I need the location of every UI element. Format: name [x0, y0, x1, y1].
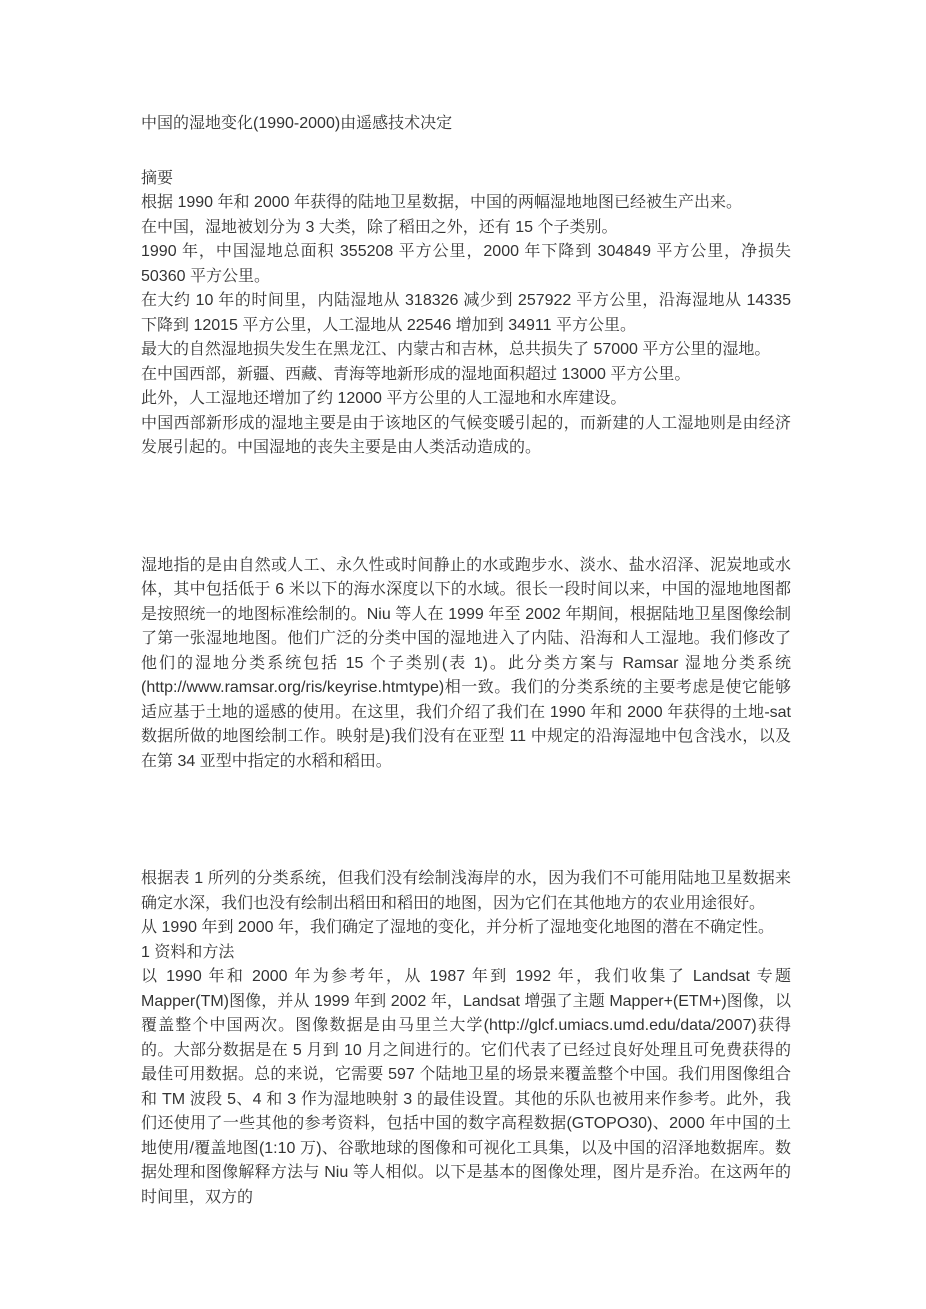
- blank-space: [141, 774, 791, 867]
- document-title: 中国的湿地变化(1990-2000)由遥感技术决定: [141, 112, 791, 137]
- intro-paragraph: 湿地指的是由自然或人工、永久性或时间静止的水或跑步水、淡水、盐水沼泽、泥炭地或水…: [141, 554, 791, 775]
- blank-space: [141, 137, 791, 167]
- blank-space: [141, 461, 791, 554]
- abstract-paragraph: 在中国西部，新疆、西藏、青海等地新形成的湿地面积超过 13000 平方公里。: [141, 363, 791, 388]
- abstract-paragraph: 1990 年，中国湿地总面积 355208 平方公里，2000 年下降到 304…: [141, 240, 791, 289]
- methods-section-heading: 1 资料和方法: [141, 941, 791, 966]
- methods-lead-paragraph: 根据表 1 所列的分类系统，但我们没有绘制浅海岸的水，因为我们不可能用陆地卫星数…: [141, 867, 791, 916]
- methods-lead-paragraph: 从 1990 年到 2000 年，我们确定了湿地的变化，并分析了湿地变化地图的潜…: [141, 916, 791, 941]
- methods-paragraph: 以 1990 年和 2000 年为参考年，从 1987 年到 1992 年，我们…: [141, 965, 791, 1210]
- abstract-paragraph: 中国西部新形成的湿地主要是由于该地区的气候变暖引起的，而新建的人工湿地则是由经济…: [141, 412, 791, 461]
- document-page: 中国的湿地变化(1990-2000)由遥感技术决定 摘要 根据 1990 年和 …: [0, 0, 926, 1309]
- abstract-paragraph: 根据 1990 年和 2000 年获得的陆地卫星数据，中国的两幅湿地地图已经被生…: [141, 191, 791, 216]
- abstract-paragraph: 在中国，湿地被划分为 3 大类，除了稻田之外，还有 15 个子类别。: [141, 216, 791, 241]
- abstract-heading: 摘要: [141, 167, 791, 192]
- abstract-paragraph: 在大约 10 年的时间里，内陆湿地从 318326 减少到 257922 平方公…: [141, 289, 791, 338]
- abstract-paragraph: 此外，人工湿地还增加了约 12000 平方公里的人工湿地和水库建设。: [141, 387, 791, 412]
- abstract-paragraph: 最大的自然湿地损失发生在黑龙江、内蒙古和吉林，总共损失了 57000 平方公里的…: [141, 338, 791, 363]
